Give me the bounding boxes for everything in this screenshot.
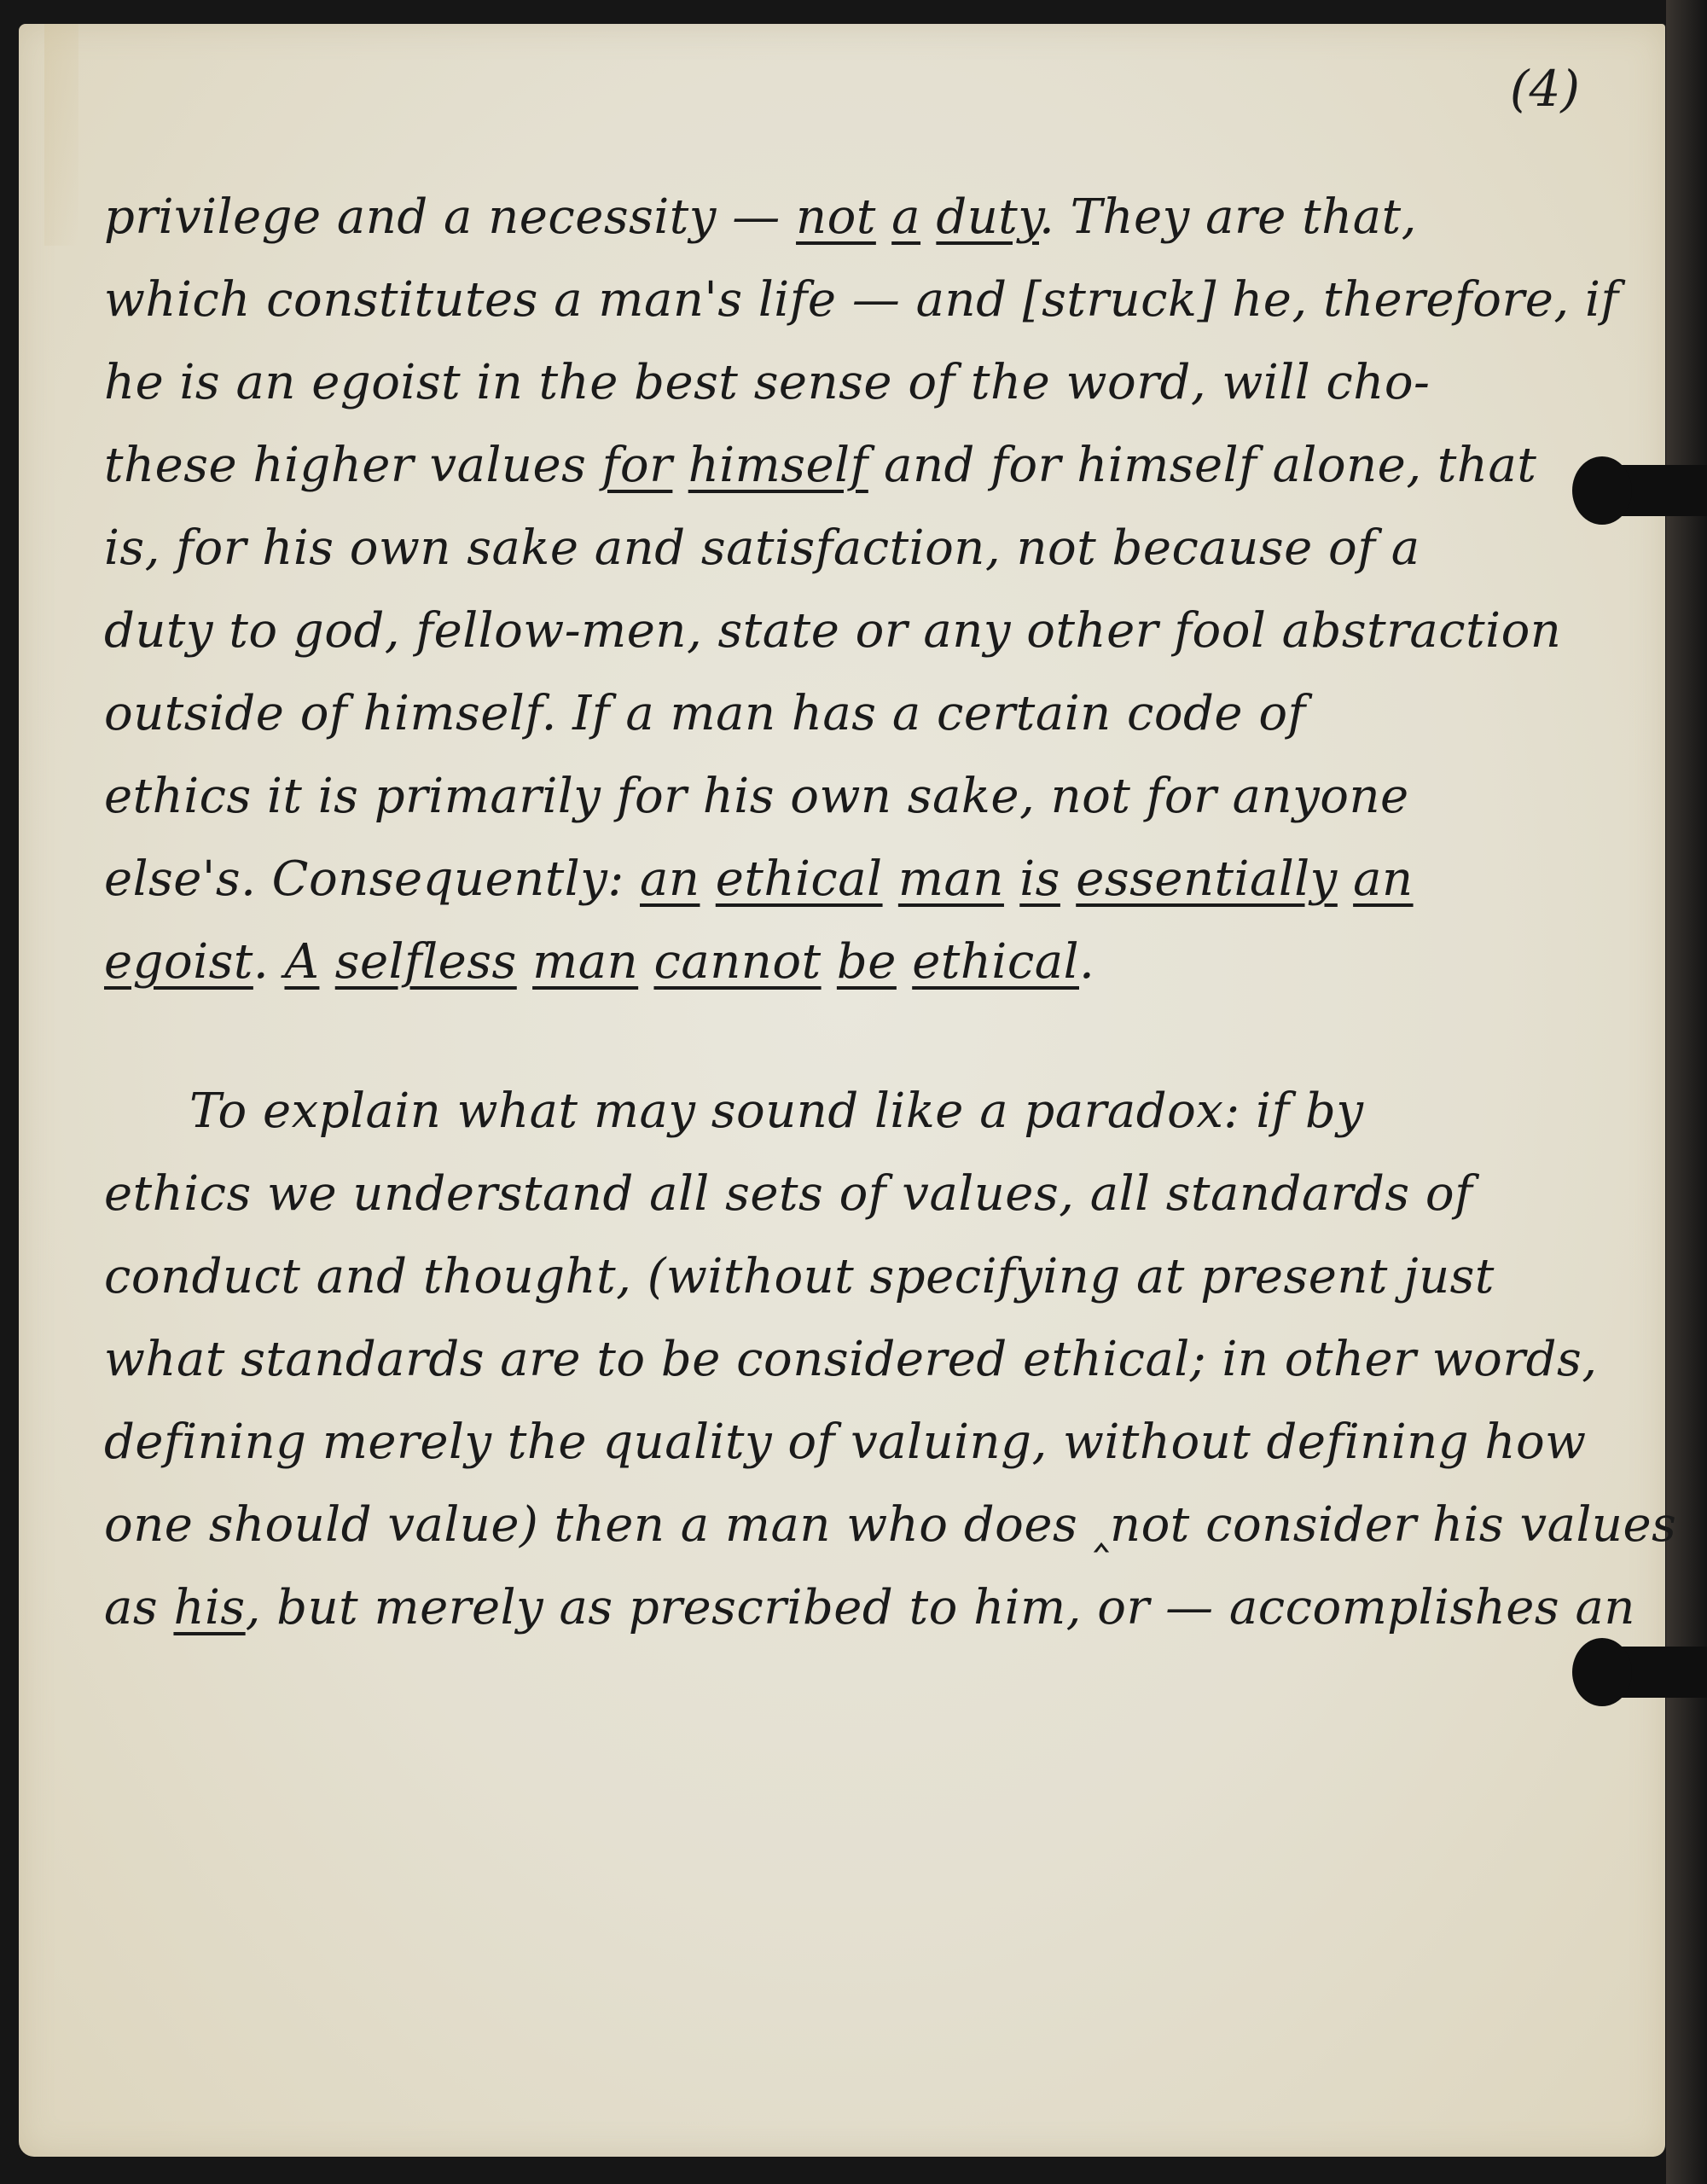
text-line: outside of himself. If a man has a certa… bbox=[104, 672, 1631, 755]
text-line: as his, but merely as prescribed to him,… bbox=[104, 1566, 1631, 1649]
underlined-word: ethical bbox=[912, 934, 1079, 990]
underlined-word: his bbox=[173, 1580, 245, 1635]
text-segment: conduct and thought, (without specifying… bbox=[104, 1249, 1495, 1304]
scanner-edge bbox=[1666, 0, 1707, 2184]
binder-hole-tear-upper bbox=[1579, 465, 1707, 516]
underlined-word: egoist bbox=[104, 934, 253, 990]
text-segment: To explain what may sound like a paradox… bbox=[189, 1083, 1364, 1139]
text-line: these higher values for himself and for … bbox=[104, 424, 1631, 507]
text-segment: which constitutes a man's life — and [st… bbox=[104, 272, 1619, 328]
text-segment bbox=[883, 851, 898, 907]
binder-hole-tear-lower bbox=[1579, 1647, 1707, 1698]
text-segment: ethics it is primarily for his own sake,… bbox=[104, 769, 1409, 824]
text-segment: . They are that, bbox=[1039, 189, 1417, 245]
underlined-word: himself bbox=[688, 438, 868, 493]
underlined-word: is bbox=[1019, 851, 1060, 907]
text-segment bbox=[920, 189, 936, 245]
text-segment: . bbox=[1079, 934, 1094, 990]
text-segment bbox=[897, 934, 912, 990]
text-segment: one should value) then a man who does ‸n… bbox=[104, 1497, 1676, 1553]
text-segment bbox=[672, 438, 688, 493]
text-segment: ethics we understand all sets of values,… bbox=[104, 1166, 1472, 1222]
text-segment bbox=[319, 934, 334, 990]
text-segment: outside of himself. If a man has a certa… bbox=[104, 686, 1306, 741]
text-segment: defining merely the quality of valuing, … bbox=[104, 1414, 1587, 1470]
underlined-word: be bbox=[837, 934, 897, 990]
text-segment bbox=[638, 934, 653, 990]
text-line: what standards are to be considered ethi… bbox=[104, 1318, 1631, 1401]
text-line: defining merely the quality of valuing, … bbox=[104, 1401, 1631, 1484]
underlined-word: A bbox=[284, 934, 319, 990]
underlined-word: man bbox=[532, 934, 638, 990]
text-segment bbox=[700, 851, 715, 907]
text-segment bbox=[517, 934, 532, 990]
underlined-word: for bbox=[602, 438, 673, 493]
text-segment: else's. Consequently: bbox=[104, 851, 640, 907]
text-segment: as bbox=[104, 1580, 173, 1635]
text-segment: he is an egoist in the best sense of the… bbox=[104, 355, 1430, 410]
text-line: else's. Consequently: an ethical man is … bbox=[104, 838, 1631, 921]
underlined-word: man bbox=[898, 851, 1004, 907]
text-line: which constitutes a man's life — and [st… bbox=[104, 258, 1631, 341]
text-segment: , but merely as prescribed to him, or — … bbox=[246, 1580, 1635, 1635]
underlined-word: an bbox=[1353, 851, 1413, 907]
text-line: egoist. A selfless man cannot be ethical… bbox=[104, 921, 1631, 1003]
underlined-word: selfless bbox=[335, 934, 517, 990]
text-segment: is, for his own sake and satisfaction, n… bbox=[104, 520, 1420, 576]
text-segment bbox=[876, 189, 891, 245]
underlined-word: cannot bbox=[653, 934, 821, 990]
paper-fold-crease bbox=[44, 24, 78, 246]
underlined-word: essentially bbox=[1076, 851, 1338, 907]
text-segment: and for himself alone, that bbox=[868, 438, 1537, 493]
text-line: ethics we understand all sets of values,… bbox=[104, 1153, 1631, 1235]
text-line: is, for his own sake and satisfaction, n… bbox=[104, 507, 1631, 590]
manuscript-page: (4) privilege and a necessity — not a du… bbox=[19, 24, 1665, 2157]
text-line: he is an egoist in the best sense of the… bbox=[104, 341, 1631, 424]
text-line: ethics it is primarily for his own sake,… bbox=[104, 755, 1631, 838]
underlined-word: ethical bbox=[716, 851, 883, 907]
text-line: To explain what may sound like a paradox… bbox=[104, 1070, 1631, 1153]
text-segment: . bbox=[253, 934, 285, 990]
text-line: duty to god, fellow-men, state or any ot… bbox=[104, 590, 1631, 672]
text-line: one should value) then a man who does ‸n… bbox=[104, 1484, 1631, 1566]
text-line: privilege and a necessity — not a duty. … bbox=[104, 176, 1631, 258]
underlined-word: a bbox=[891, 189, 920, 245]
underlined-word: duty bbox=[936, 189, 1039, 245]
text-segment: these higher values bbox=[104, 438, 602, 493]
text-line: conduct and thought, (without specifying… bbox=[104, 1235, 1631, 1318]
page-number: (4) bbox=[1510, 60, 1580, 118]
text-segment: duty to god, fellow-men, state or any ot… bbox=[104, 603, 1561, 659]
text-segment: what standards are to be considered ethi… bbox=[104, 1332, 1598, 1387]
text-segment bbox=[1004, 851, 1019, 907]
underlined-word: an bbox=[640, 851, 700, 907]
handwritten-text-body: privilege and a necessity — not a duty. … bbox=[104, 176, 1631, 1649]
text-segment bbox=[1338, 851, 1353, 907]
underlined-word: not bbox=[796, 189, 876, 245]
text-segment: privilege and a necessity — bbox=[104, 189, 796, 245]
text-segment bbox=[1060, 851, 1076, 907]
text-segment bbox=[822, 934, 837, 990]
